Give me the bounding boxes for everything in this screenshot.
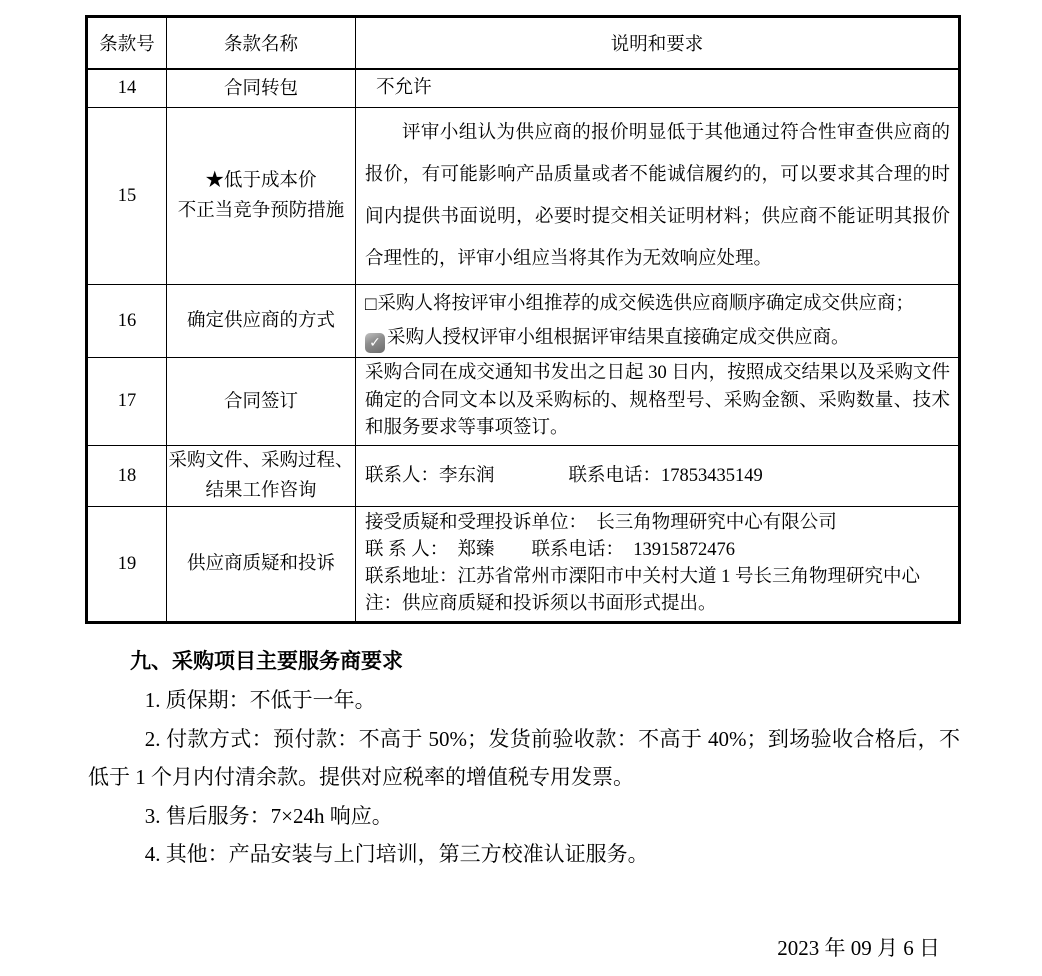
option-text: 采购人授权评审小组根据评审结果直接确定成交供应商。 bbox=[387, 328, 850, 348]
content-text: 不允许 bbox=[365, 75, 950, 102]
requirements-section: 九、采购项目主要服务商要求 1. 质保期：不低于一年。2. 付款方式：预付款：不… bbox=[88, 641, 960, 874]
clause-row-17: 17合同签订采购合同在成交通知书发出之日起 30 日内，按照成交结果以及采购文件… bbox=[87, 358, 960, 446]
clause-name-cell: 供应商质疑和投诉 bbox=[167, 507, 356, 623]
clause-name-cell: 合同转包 bbox=[167, 69, 356, 108]
table-header-row: 条款号条款名称说明和要求 bbox=[87, 17, 960, 70]
content-text: 联系人：李东润 联系电话：17853435149 bbox=[365, 463, 950, 490]
column-header: 条款号 bbox=[87, 17, 167, 70]
clause-content-cell: 不允许 bbox=[356, 69, 960, 108]
option-text: 采购人将按评审小组推荐的成交候选供应商顺序确定成交供应商； bbox=[377, 294, 914, 314]
clause-number-cell: 14 bbox=[87, 69, 167, 108]
clause-row-18: 18采购文件、采购过程、结果工作咨询联系人：李东润 联系电话：178534351… bbox=[87, 446, 960, 507]
clause-name-cell: 合同签订 bbox=[167, 358, 356, 446]
clause-content-cell: 联系人：李东润 联系电话：17853435149 bbox=[356, 446, 960, 507]
clause-number-cell: 19 bbox=[87, 507, 167, 623]
clause-row-19: 19供应商质疑和投诉接受质疑和受理投诉单位： 长三角物理研究中心有限公司联 系 … bbox=[87, 507, 960, 623]
requirement-item: 1. 质保期：不低于一年。 bbox=[88, 681, 960, 720]
option-line-checked: ✓采购人授权评审小组根据评审结果直接确定成交供应商。 bbox=[365, 321, 950, 355]
document-date: 2023 年 09 月 6 日 bbox=[777, 934, 940, 962]
checked-checkbox-icon: ✓ bbox=[365, 333, 385, 353]
column-header: 条款名称 bbox=[167, 17, 356, 70]
requirement-item: 2. 付款方式：预付款：不高于 50%；发货前验收款：不高于 40%；到场验收合… bbox=[88, 720, 960, 797]
clause-row-16: 16确定供应商的方式□采购人将按评审小组推荐的成交候选供应商顺序确定成交供应商；… bbox=[87, 285, 960, 358]
clause-number-cell: 15 bbox=[87, 108, 167, 285]
requirement-item: 3. 售后服务：7×24h 响应。 bbox=[88, 797, 960, 836]
content-text: 评审小组认为供应商的报价明显低于其他通过符合性审查供应商的报价，有可能影响产品质… bbox=[365, 112, 950, 280]
clause-name-cell: 采购文件、采购过程、结果工作咨询 bbox=[167, 446, 356, 507]
clause-row-15: 15★低于成本价不正当竞争预防措施评审小组认为供应商的报价明显低于其他通过符合性… bbox=[87, 108, 960, 285]
document-page: 条款号条款名称说明和要求 14合同转包不允许15★低于成本价不正当竞争预防措施评… bbox=[0, 0, 1042, 976]
clause-content-cell: 接受质疑和受理投诉单位： 长三角物理研究中心有限公司联 系 人： 郑臻 联系电话… bbox=[356, 507, 960, 623]
clause-name-cell: ★低于成本价不正当竞争预防措施 bbox=[167, 108, 356, 285]
content-line: 联系地址：江苏省常州市溧阳市中关村大道 1 号长三角物理研究中心 bbox=[365, 564, 950, 591]
unchecked-checkbox-icon: □ bbox=[365, 295, 376, 314]
section-heading: 九、采购项目主要服务商要求 bbox=[130, 641, 960, 681]
clause-content-cell: 采购合同在成交通知书发出之日起 30 日内，按照成交结果以及采购文件确定的合同文… bbox=[356, 358, 960, 446]
content-line: 注：供应商质疑和投诉须以书面形式提出。 bbox=[365, 591, 950, 618]
clause-content-cell: 评审小组认为供应商的报价明显低于其他通过符合性审查供应商的报价，有可能影响产品质… bbox=[356, 108, 960, 285]
clause-number-cell: 16 bbox=[87, 285, 167, 358]
content-line: 接受质疑和受理投诉单位： 长三角物理研究中心有限公司 bbox=[365, 510, 950, 537]
column-header: 说明和要求 bbox=[356, 17, 960, 70]
clause-row-14: 14合同转包不允许 bbox=[87, 69, 960, 108]
requirement-item: 4. 其他：产品安装与上门培训，第三方校准认证服务。 bbox=[88, 835, 960, 874]
clause-content-cell: □采购人将按评审小组推荐的成交候选供应商顺序确定成交供应商；✓采购人授权评审小组… bbox=[356, 285, 960, 358]
option-line-unchecked: □采购人将按评审小组推荐的成交候选供应商顺序确定成交供应商； bbox=[365, 287, 950, 321]
clause-name-cell: 确定供应商的方式 bbox=[167, 285, 356, 358]
clause-table: 条款号条款名称说明和要求 14合同转包不允许15★低于成本价不正当竞争预防措施评… bbox=[85, 15, 961, 624]
clause-number-cell: 17 bbox=[87, 358, 167, 446]
content-text: 采购合同在成交通知书发出之日起 30 日内，按照成交结果以及采购文件确定的合同文… bbox=[365, 360, 950, 443]
clause-number-cell: 18 bbox=[87, 446, 167, 507]
content-line: 联 系 人： 郑臻 联系电话： 13915872476 bbox=[365, 537, 950, 564]
